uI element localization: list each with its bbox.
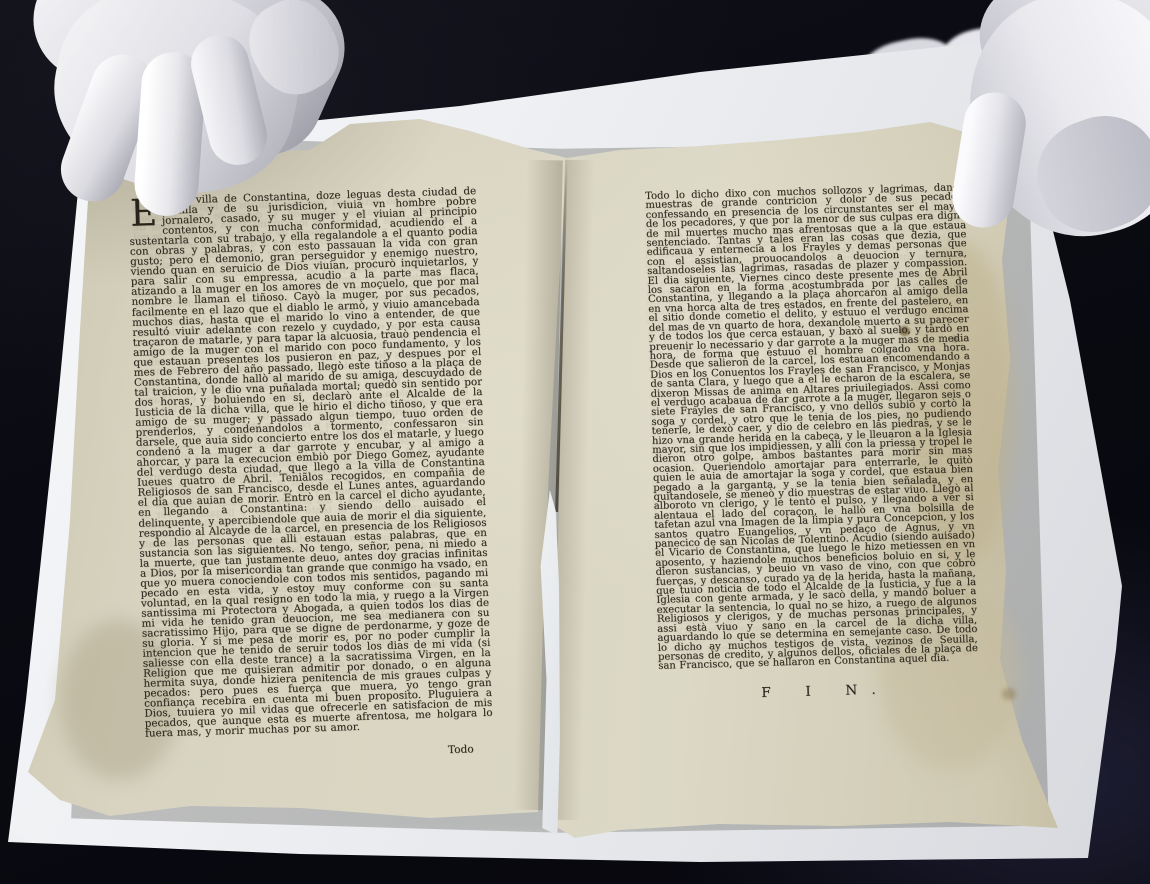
left-page-body-text: N La villa de Constantina, doze leguas d… xyxy=(129,186,492,740)
right-page-text-block: Todo lo dicho dixo con muchos sollozos y… xyxy=(645,183,980,737)
foxing-spot xyxy=(1002,688,1016,700)
right-page-body-text: Todo lo dicho dixo con muchos sollozos y… xyxy=(645,182,978,672)
catchword: Todo xyxy=(448,744,474,755)
photograph-of-historical-document: Todo lo dicho dixo con muchos sollozos y… xyxy=(0,0,1150,884)
fin-colophon: F I N. xyxy=(659,683,979,701)
left-page-text-block: EN La villa de Constantina, doze leguas … xyxy=(128,186,494,765)
